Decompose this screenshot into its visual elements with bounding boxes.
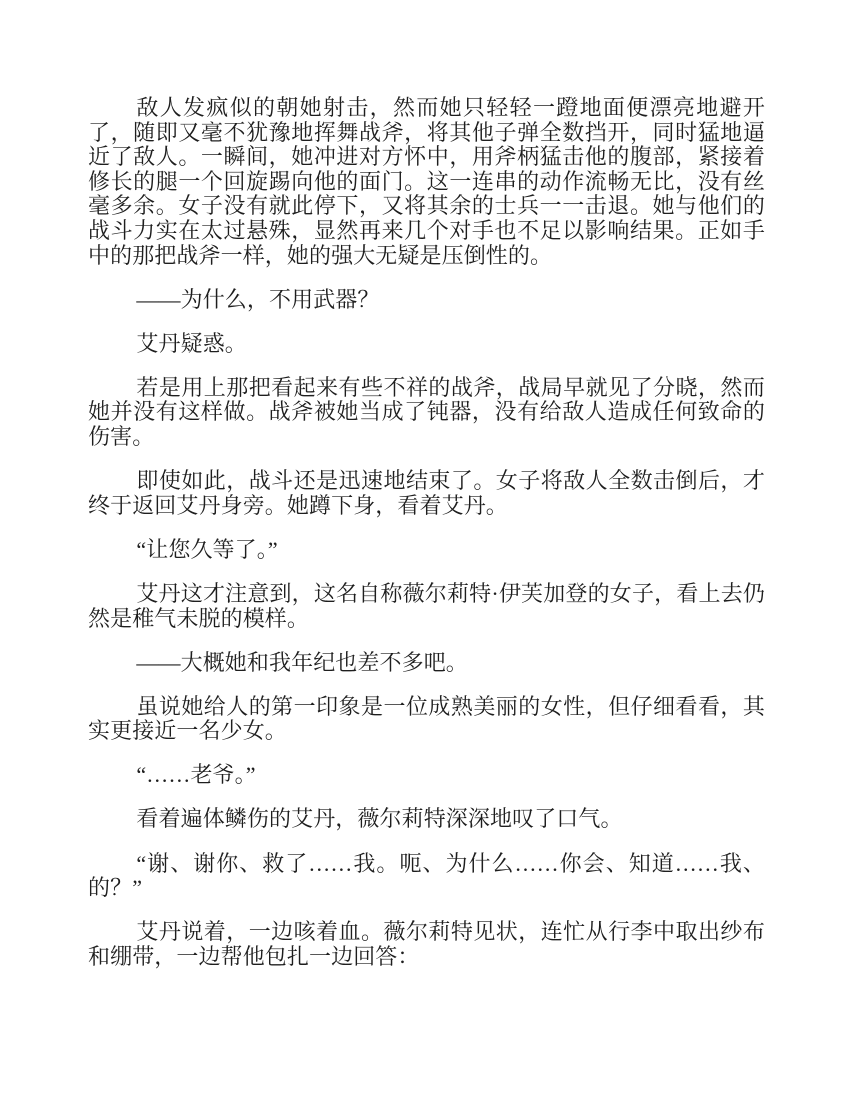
paragraph: ——大概她和我年纪也差不多吧。 [88, 651, 765, 676]
paragraph: 即使如此，战斗还是迅速地结束了。女子将敌人全数击倒后，才终于返回艾丹身旁。她蹲下… [88, 469, 765, 518]
paragraph: “谢、谢你、救了……我。呃、为什么……你会、知道……我、的？” [88, 852, 765, 901]
paragraph: 虽说她给人的第一印象是一位成熟美丽的女性，但仔细看看，其实更接近一名少女。 [88, 695, 765, 744]
paragraph: 看着遍体鳞伤的艾丹，薇尔莉特深深地叹了口气。 [88, 807, 765, 832]
paragraph: “……老爷。” [88, 763, 765, 788]
paragraph: 艾丹这才注意到，这名自称薇尔莉特·伊芙加登的女子，看上去仍然是稚气未脱的模样。 [88, 582, 765, 631]
paragraph: 敌人发疯似的朝她射击，然而她只轻轻一蹬地面便漂亮地避开了，随即又毫不犹豫地挥舞战… [88, 96, 765, 268]
paragraph: 若是用上那把看起来有些不祥的战斧，战局早就见了分晓，然而她并没有这样做。战斧被她… [88, 376, 765, 450]
paragraph: 艾丹说着，一边咳着血。薇尔莉特见状，连忙从行李中取出纱布和绷带，一边帮他包扎一边… [88, 920, 765, 969]
paragraph: “让您久等了。” [88, 538, 765, 563]
document-page: 敌人发疯似的朝她射击，然而她只轻轻一蹬地面便漂亮地避开了，随即又毫不犹豫地挥舞战… [0, 0, 850, 1100]
text-body: 敌人发疯似的朝她射击，然而她只轻轻一蹬地面便漂亮地避开了，随即又毫不犹豫地挥舞战… [88, 96, 765, 969]
paragraph: ——为什么，不用武器？ [88, 288, 765, 313]
paragraph: 艾丹疑惑。 [88, 332, 765, 357]
